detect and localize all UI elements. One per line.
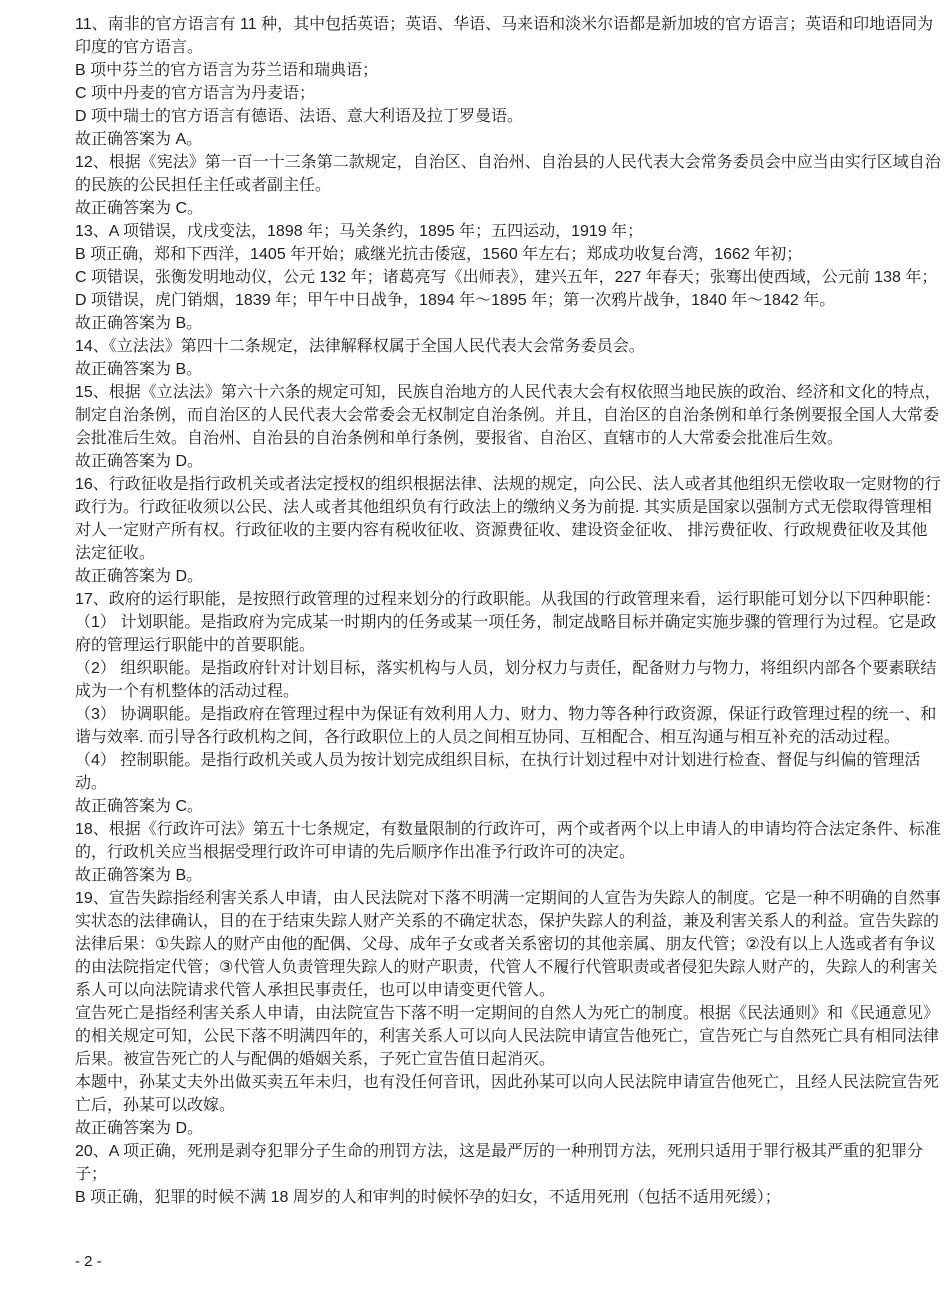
- paragraph-13: 14、《立法法》第四十二条规定，法律解释权属于全国人民代表大会常务委员会。: [75, 335, 942, 358]
- paragraph-11: D 项错误，虎门销烟，1839 年；甲午中日战争，1894 年～1895 年；第…: [75, 289, 942, 312]
- paragraph-8: 13、A 项错误，戊戌变法，1898 年；马关条约，1895 年；五四运动，19…: [75, 220, 942, 243]
- paragraph-17: 16、行政征收是指行政机关或者法定授权的组织根据法律、法规的规定，向公民、法人或…: [75, 473, 942, 565]
- paragraph-26: 故正确答案为 B。: [75, 864, 942, 887]
- paragraph-28: 宣告死亡是指经利害关系人申请，由法院宣告下落不明一定期间的自然人为死亡的制度。根…: [75, 1002, 942, 1071]
- paragraph-25: 18、根据《行政许可法》第五十七条规定，有数量限制的行政许可，两个或者两个以上申…: [75, 818, 942, 864]
- paragraph-32: B 项正确，犯罪的时候不满 18 周岁的人和审判的时候怀孕的妇女，不适用死刑（包…: [75, 1186, 942, 1209]
- paragraph-3: C 项中丹麦的官方语言为丹麦语；: [75, 82, 942, 105]
- paragraph-9: B 项正确，郑和下西洋，1405 年开始；戚继光抗击倭寇，1560 年左右；郑成…: [75, 243, 942, 266]
- paragraph-16: 故正确答案为 D。: [75, 450, 942, 473]
- paragraph-30: 故正确答案为 D。: [75, 1117, 942, 1140]
- paragraph-1: 11、南非的官方语言有 11 种，其中包括英语；英语、华语、马来语和淡米尔语都是…: [75, 13, 942, 59]
- page-number: - 2 -: [75, 1253, 102, 1270]
- paragraph-22: （3） 协调职能。是指政府在管理过程中为保证有效利用人力、财力、物力等各种行政资…: [75, 703, 942, 749]
- paragraph-21: （2） 组织职能。是指政府针对计划目标，落实机构与人员，划分权力与责任，配备财力…: [75, 657, 942, 703]
- paragraph-29: 本题中，孙某丈夫外出做买卖五年未归，也有没任何音讯，因此孙某可以向人民法院申请宣…: [75, 1071, 942, 1117]
- paragraph-5: 故正确答案为 A。: [75, 128, 942, 151]
- paragraph-24: 故正确答案为 C。: [75, 795, 942, 818]
- paragraph-20: （1） 计划职能。是指政府为完成某一时期内的任务或某一项任务，制定战略目标并确定…: [75, 611, 942, 657]
- paragraph-18: 故正确答案为 D。: [75, 565, 942, 588]
- document-body: 11、南非的官方语言有 11 种，其中包括英语；英语、华语、马来语和淡米尔语都是…: [75, 13, 942, 1209]
- paragraph-4: D 项中瑞士的官方语言有德语、法语、意大利语及拉丁罗曼语。: [75, 105, 942, 128]
- paragraph-14: 故正确答案为 B。: [75, 358, 942, 381]
- paragraph-19: 17、政府的运行职能，是按照行政管理的过程来划分的行政职能。从我国的行政管理来看…: [75, 588, 942, 611]
- paragraph-27: 19、宣告失踪指经利害关系人申请，由人民法院对下落不明满一定期间的人宣告为失踪人…: [75, 887, 942, 1002]
- paragraph-6: 12、根据《宪法》第一百一十三条第二款规定，自治区、自治州、自治县的人民代表大会…: [75, 151, 942, 197]
- paragraph-10: C 项错误，张衡发明地动仪，公元 132 年；诸葛亮写《出师表》，建兴五年，22…: [75, 266, 942, 289]
- paragraph-15: 15、根据《立法法》第六十六条的规定可知，民族自治地方的人民代表大会有权依照当地…: [75, 381, 942, 450]
- paragraph-2: B 项中芬兰的官方语言为芬兰语和瑞典语；: [75, 59, 942, 82]
- document-page: 11、南非的官方语言有 11 种，其中包括英语；英语、华语、马来语和淡米尔语都是…: [75, 13, 942, 1209]
- page-number-footer: - 2 -: [75, 1253, 102, 1271]
- paragraph-12: 故正确答案为 B。: [75, 312, 942, 335]
- paragraph-23: （4） 控制职能。是指行政机关或人员为按计划完成组织目标，在执行计划过程中对计划…: [75, 749, 942, 795]
- paragraph-7: 故正确答案为 C。: [75, 197, 942, 220]
- paragraph-31: 20、A 项正确，死刑是剥夺犯罪分子生命的刑罚方法，这是最严厉的一种刑罚方法，死…: [75, 1140, 942, 1186]
